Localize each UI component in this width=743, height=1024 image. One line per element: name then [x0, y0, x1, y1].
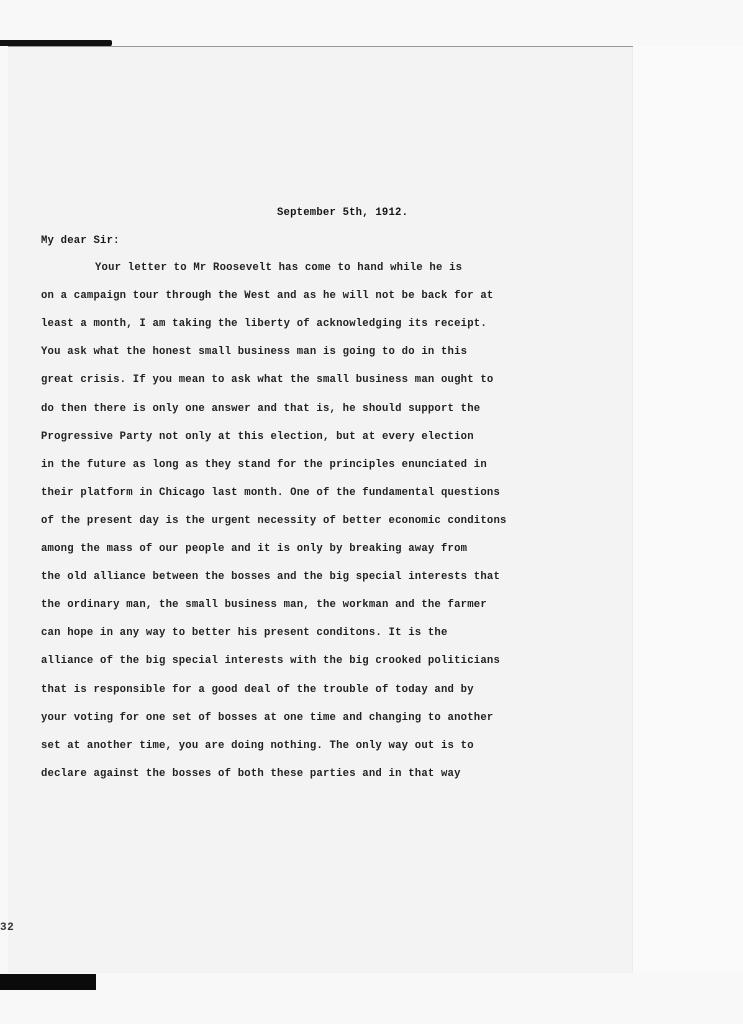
- letter-body-line: on a campaign tour through the West and …: [41, 290, 493, 302]
- letter-salutation: My dear Sir:: [41, 235, 120, 247]
- letter-body-line: the ordinary man, the small business man…: [41, 599, 487, 611]
- typewritten-letter: September 5th, 1912. My dear Sir: Your l…: [0, 0, 743, 1024]
- letter-body-line: Progressive Party not only at this elect…: [41, 431, 474, 443]
- letter-body-line: great crisis. If you mean to ask what th…: [41, 374, 493, 386]
- letter-body-line: least a month, I am taking the liberty o…: [41, 318, 487, 330]
- letter-body-line: of the present day is the urgent necessi…: [41, 515, 507, 527]
- letter-body-line: declare against the bosses of both these…: [41, 768, 461, 780]
- letter-body-line: the old alliance between the bosses and …: [41, 571, 500, 583]
- letter-body-line: Your letter to Mr Roosevelt has come to …: [95, 262, 462, 274]
- letter-body-line: alliance of the big special interests wi…: [41, 655, 500, 667]
- letter-body-line: set at another time, you are doing nothi…: [41, 740, 474, 752]
- letter-body-line: do then there is only one answer and tha…: [41, 403, 480, 415]
- letter-body-line: among the mass of our people and it is o…: [41, 543, 467, 555]
- letter-date: September 5th, 1912.: [277, 207, 408, 219]
- letter-body-line: can hope in any way to better his presen…: [41, 627, 448, 639]
- letter-body-line: your voting for one set of bosses at one…: [41, 712, 493, 724]
- letter-body-line: in the future as long as they stand for …: [41, 459, 487, 471]
- letter-body-line: You ask what the honest small business m…: [41, 346, 467, 358]
- letter-body-line: that is responsible for a good deal of t…: [41, 684, 474, 696]
- letter-body-line: their platform in Chicago last month. On…: [41, 487, 500, 499]
